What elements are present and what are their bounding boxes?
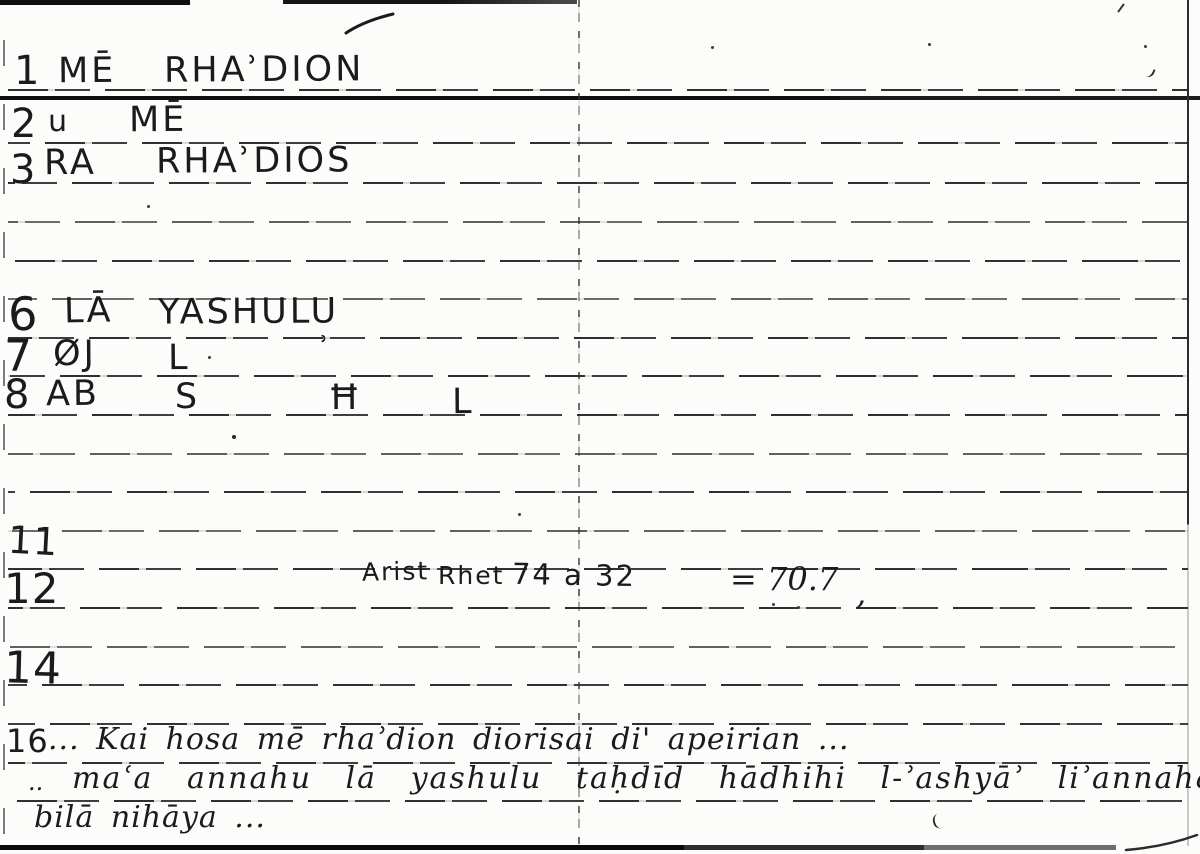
entry-7-word-2: L xyxy=(168,338,191,378)
ruled-line xyxy=(8,646,1188,648)
margin-number-1: 1 xyxy=(14,48,40,94)
citation-work: Rhet xyxy=(438,561,504,590)
stray-tick xyxy=(1144,67,1155,79)
ruled-line xyxy=(8,491,1188,493)
margin-number-14: 14 xyxy=(3,642,62,695)
citation-author: Arist xyxy=(362,556,430,586)
top-edge-mark xyxy=(283,0,577,4)
page-edge-right xyxy=(1187,0,1189,846)
entry-8-word-4: L xyxy=(452,382,475,422)
entry-8-word-1: AB xyxy=(46,374,100,414)
margin-number-8: 8 xyxy=(4,372,30,418)
margin-number-12: 12 xyxy=(4,564,59,613)
entry-8-word-3: Ħ xyxy=(328,378,363,418)
citation-equivalent: = 70.7 xyxy=(730,560,838,598)
citation-locus: 74 a 32 xyxy=(512,557,637,593)
fold-line xyxy=(578,0,580,846)
ruled-line xyxy=(8,530,1188,532)
ink-dot xyxy=(797,606,800,609)
bottom-edge-rule xyxy=(0,845,1200,850)
ink-dot xyxy=(772,603,775,606)
entry-16-text: ... Kai hosa mē rhaʾdion diorisai di' ap… xyxy=(48,722,850,757)
page-edge-left xyxy=(3,40,5,848)
margin-number-11: 11 xyxy=(7,518,60,565)
stray-pen-mark xyxy=(931,813,943,830)
margin-number-2: 2 xyxy=(11,101,37,147)
ink-dot xyxy=(208,356,211,359)
entry-3-word-2: RHAʾDIOS xyxy=(156,140,353,181)
entry-6-word-2: YASHULU xyxy=(158,291,339,332)
entry-6-word-1: LĀ xyxy=(64,290,114,331)
ruled-line xyxy=(8,182,1188,184)
stray-tick xyxy=(1117,3,1124,12)
entry-3-word-1: RA xyxy=(44,143,97,183)
top-edge-mark xyxy=(0,0,190,5)
ink-dot xyxy=(518,513,521,516)
ruled-line xyxy=(8,221,1188,223)
ruled-line xyxy=(8,453,1188,455)
entry-2-word-2: MĒ xyxy=(129,100,188,140)
entry-1-word-1: MĒ xyxy=(58,51,117,91)
entry-7-hamza: ʾ xyxy=(320,330,332,363)
ink-dot xyxy=(1144,45,1147,48)
ruled-line xyxy=(8,260,1188,262)
ink-dot xyxy=(711,46,714,49)
entry-7-word-1: ØJ xyxy=(53,334,97,374)
ruled-line xyxy=(8,607,1188,609)
ink-dot xyxy=(232,435,236,439)
entry-1-word-2: RHAʾDION xyxy=(164,49,365,90)
margin-number-16: 16 xyxy=(6,722,49,760)
scanned-page: 1 MĒ RHAʾDION 2 u MĒ 3 RA RHAʾDIOS 6 LĀ … xyxy=(0,0,1200,854)
margin-number-3: 3 xyxy=(10,147,36,193)
ruled-line xyxy=(8,684,1188,686)
entry-17-text: maʿa annahu lā yashulu taḥdīd hādhihi l-… xyxy=(72,761,1200,796)
entry-2-word-1: u xyxy=(48,104,70,139)
entry-17-lead-dots: .. xyxy=(28,768,43,796)
citation-comma: , xyxy=(856,574,866,612)
entry-18-text: bilā nihāya ... xyxy=(34,800,266,835)
ink-dot xyxy=(928,43,931,46)
ink-dot xyxy=(147,205,150,208)
entry-8-word-2: S xyxy=(175,377,201,417)
